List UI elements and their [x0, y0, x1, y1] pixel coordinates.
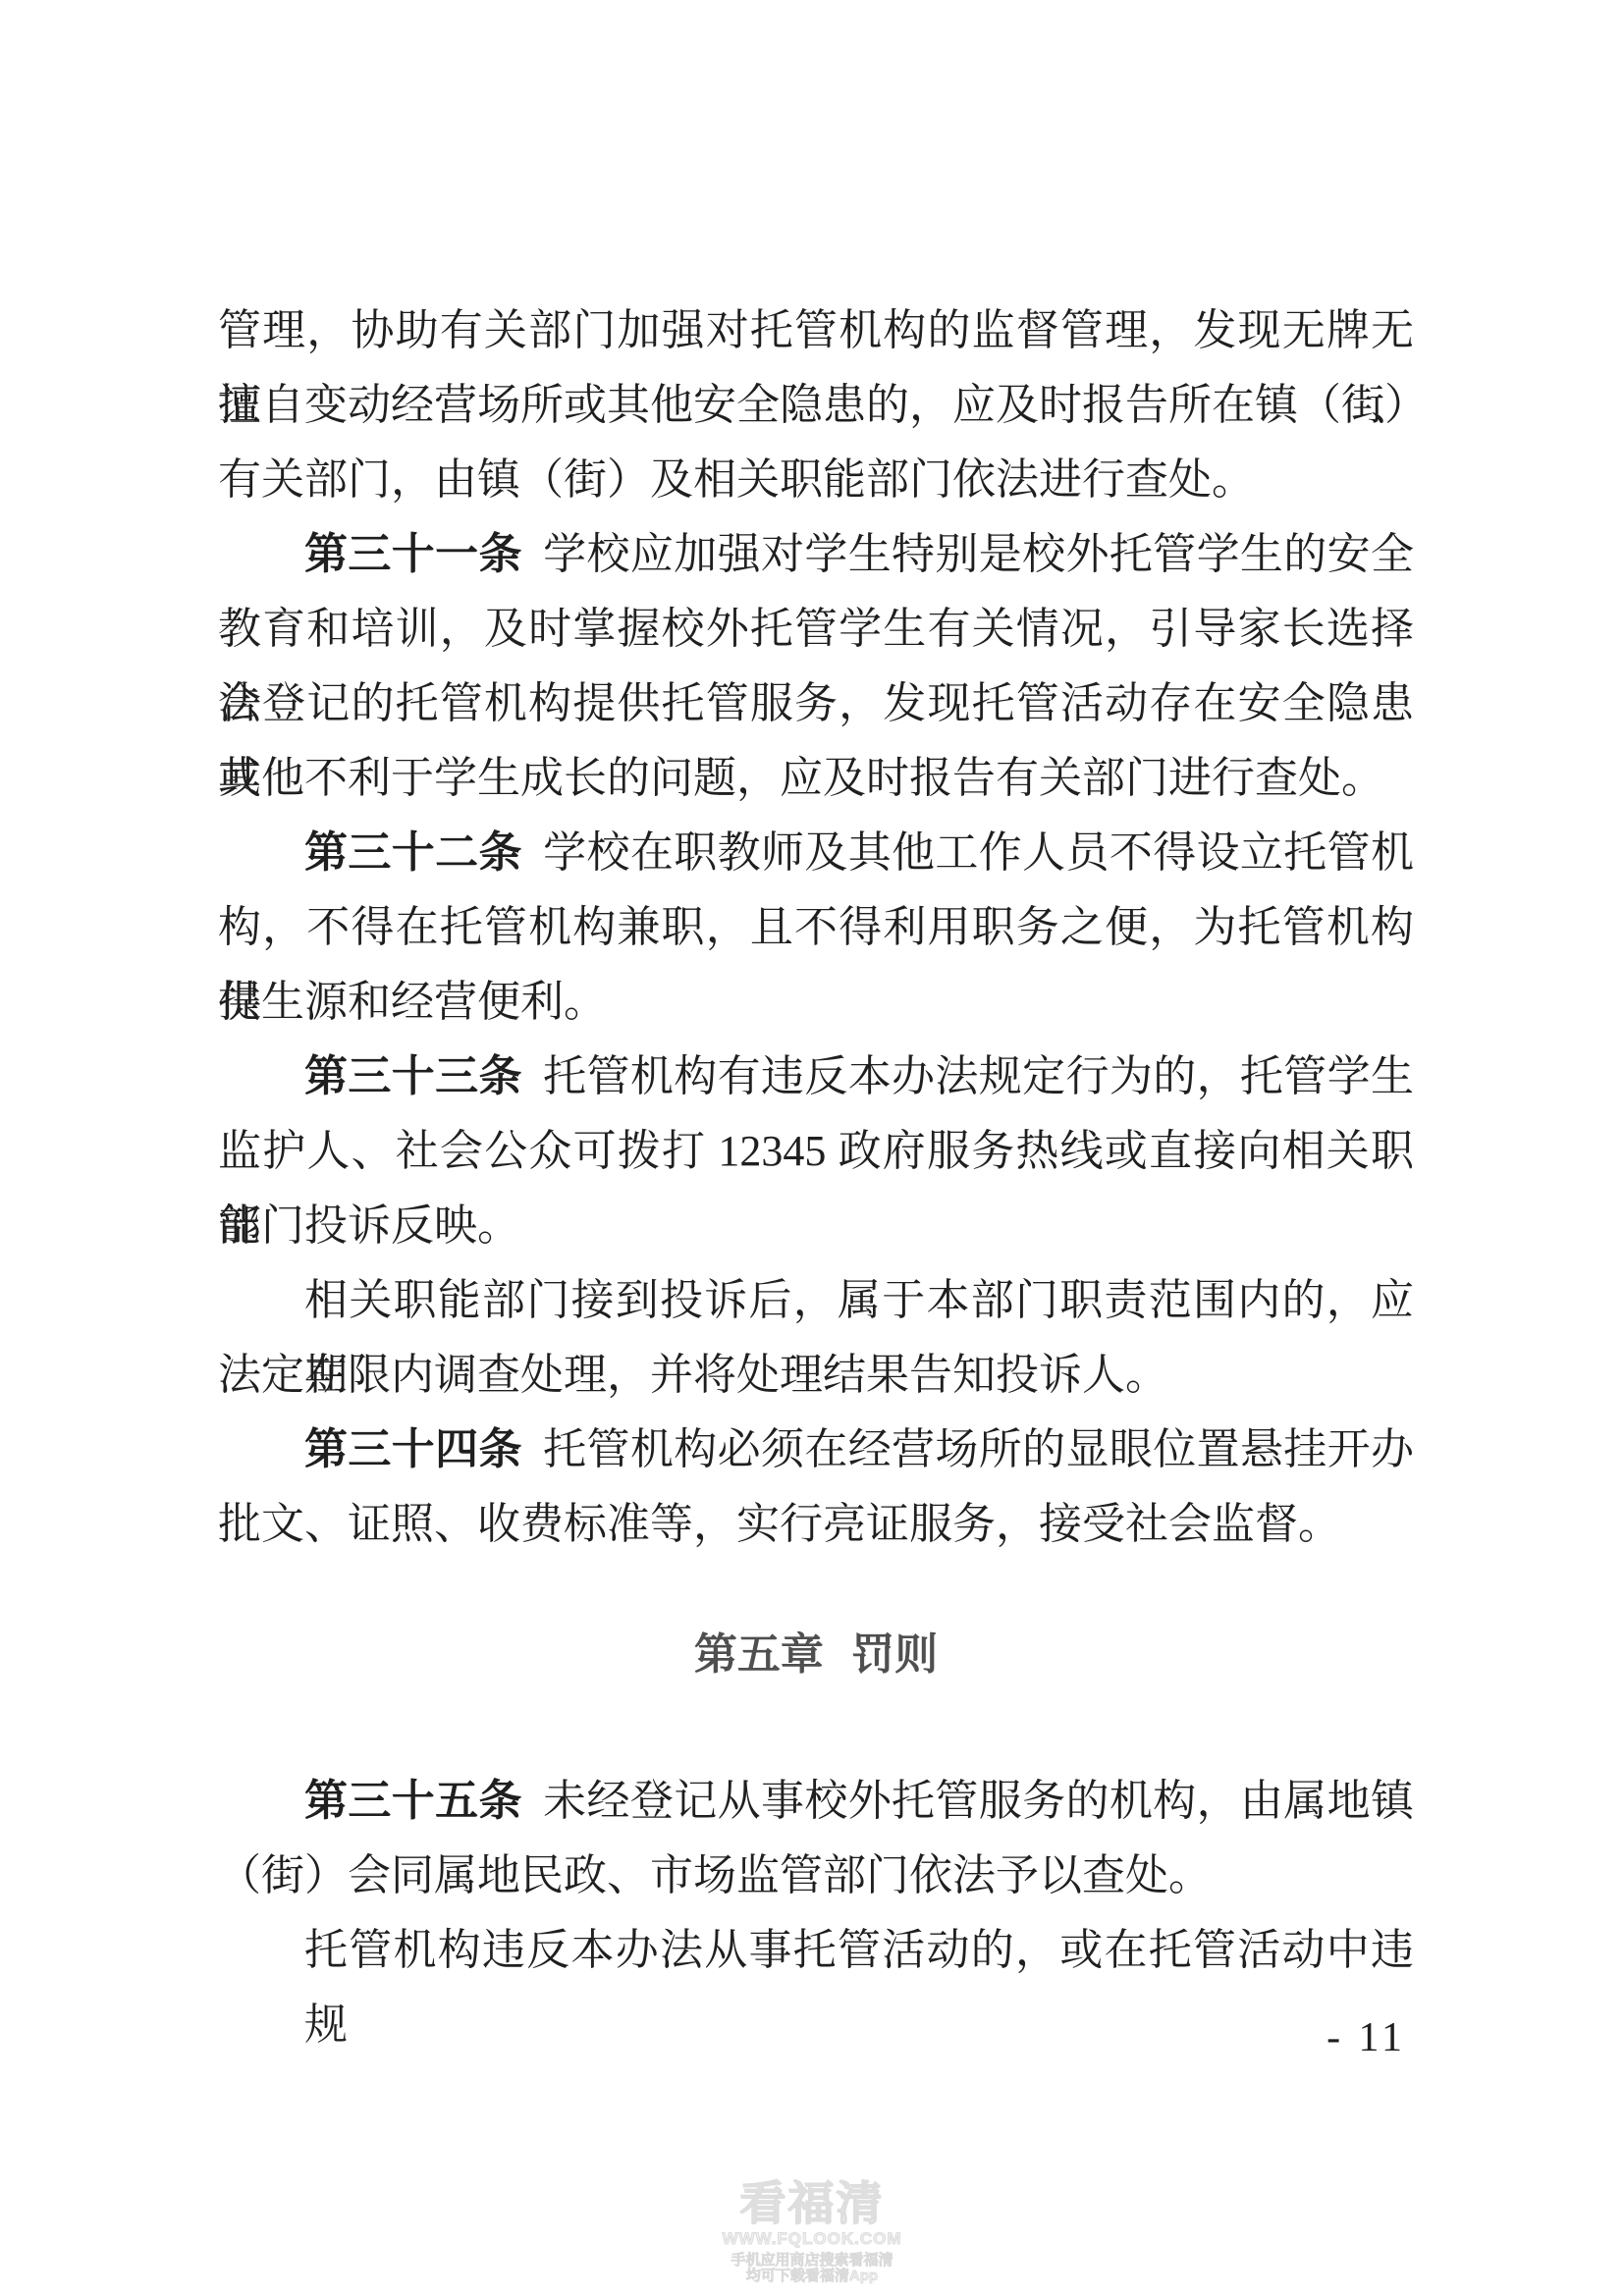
line-text: 有关部门，由镇（街）及相关职能部门依法进行查处。: [218, 455, 1255, 504]
body-text-block-2: 第三十五条 未经登记从事校外托管服务的机构，由属地镇（街）会同属地民政、市场监管…: [218, 1764, 1414, 1988]
body-line: 法定期限内调查处理，并将处理结果告知投诉人。: [218, 1338, 1414, 1413]
article-number: 第三十五条: [304, 1777, 522, 1825]
document-page: 管理，协助有关部门加强对托管机构的监督管理，发现无牌无证、擅自变动经营场所或其他…: [0, 0, 1624, 2296]
body-line: 批文、证照、收费标准等，实行亮证服务，接受社会监督。: [218, 1487, 1414, 1562]
article-number: 第三十三条: [304, 1052, 522, 1100]
line-text: 其他不利于学生成长的问题，应及时报告有关部门进行查处。: [218, 754, 1384, 802]
body-line: 供生源和经营便利。: [218, 965, 1414, 1040]
page-number: - 11: [1326, 2014, 1406, 2061]
body-line: 擅自变动经营场所或其他安全隐患的，应及时报告所在镇（街）: [218, 368, 1414, 443]
body-line: 教育和培训，及时掌握校外托管学生有关情况，引导家长选择合: [218, 592, 1414, 667]
body-line: 相关职能部门接到投诉后，属于本部门职责范围内的，应在: [218, 1263, 1414, 1338]
body-line: 部门投诉反映。: [218, 1189, 1414, 1263]
line-text: 部门投诉反映。: [218, 1201, 520, 1250]
body-line: 法登记的托管机构提供托管服务，发现托管活动存在安全隐患或: [218, 667, 1414, 741]
chapter-heading: 第五章 罚则: [218, 1618, 1414, 1692]
article-number: 第三十一条: [304, 530, 522, 578]
body-line: 监护人、社会公众可拨打 12345 政府服务热线或直接向相关职能: [218, 1114, 1414, 1189]
body-line: 其他不利于学生成长的问题，应及时报告有关部门进行查处。: [218, 741, 1414, 816]
article-number: 第三十二条: [304, 828, 522, 877]
line-text: 学校应加强对学生特别是校外托管学生的安全: [532, 530, 1414, 578]
line-text: 未经登记从事校外托管服务的机构，由属地镇: [532, 1777, 1414, 1825]
line-text: 擅自变动经营场所或其他安全隐患的，应及时报告所在镇（街）: [218, 381, 1428, 429]
watermark: 看福清 WWW.FQLOOK.COM 手机应用商店搜索看福清 均可下载看福清Ap…: [0, 2179, 1624, 2284]
watermark-url: WWW.FQLOOK.COM: [0, 2229, 1624, 2248]
watermark-note-1: 手机应用商店搜索看福清: [0, 2253, 1624, 2269]
body-line: （街）会同属地民政、市场监管部门依法予以查处。: [218, 1839, 1414, 1913]
line-text: 批文、证照、收费标准等，实行亮证服务，接受社会监督。: [218, 1500, 1341, 1548]
body-line: 第三十二条 学校在职教师及其他工作人员不得设立托管机: [218, 816, 1414, 890]
body-line: 第三十五条 未经登记从事校外托管服务的机构，由属地镇: [218, 1764, 1414, 1839]
article-number: 第三十四条: [304, 1425, 522, 1473]
line-text: 法定期限内调查处理，并将处理结果告知投诉人。: [218, 1351, 1168, 1399]
body-line: 第三十一条 学校应加强对学生特别是校外托管学生的安全: [218, 517, 1414, 592]
line-text: 托管机构违反本办法从事托管活动的，或在托管活动中违规: [304, 1926, 1414, 2049]
line-text: 托管机构必须在经营场所的显眼位置悬挂开办: [532, 1425, 1414, 1473]
watermark-title: 看福清: [0, 2179, 1624, 2228]
body-text-block: 管理，协助有关部门加强对托管机构的监督管理，发现无牌无证、擅自变动经营场所或其他…: [218, 294, 1414, 1562]
body-line: 有关部门，由镇（街）及相关职能部门依法进行查处。: [218, 443, 1414, 517]
line-text: 托管机构有违反本办法规定行为的，托管学生: [532, 1052, 1414, 1100]
line-text: （街）会同属地民政、市场监管部门依法予以查处。: [218, 1851, 1212, 1899]
body-line: 构，不得在托管机构兼职，且不得利用职务之便，为托管机构提: [218, 890, 1414, 965]
document-body: 管理，协助有关部门加强对托管机构的监督管理，发现无牌无证、擅自变动经营场所或其他…: [218, 294, 1414, 1988]
line-text: 学校在职教师及其他工作人员不得设立托管机: [532, 828, 1414, 877]
line-text: 供生源和经营便利。: [218, 978, 607, 1026]
body-line: 第三十四条 托管机构必须在经营场所的显眼位置悬挂开办: [218, 1413, 1414, 1487]
body-line: 管理，协助有关部门加强对托管机构的监督管理，发现无牌无证、: [218, 294, 1414, 368]
body-line: 第三十三条 托管机构有违反本办法规定行为的，托管学生: [218, 1040, 1414, 1114]
body-line: 托管机构违反本办法从事托管活动的，或在托管活动中违规: [218, 1913, 1414, 1988]
watermark-note-2: 均可下载看福清App: [0, 2269, 1624, 2284]
